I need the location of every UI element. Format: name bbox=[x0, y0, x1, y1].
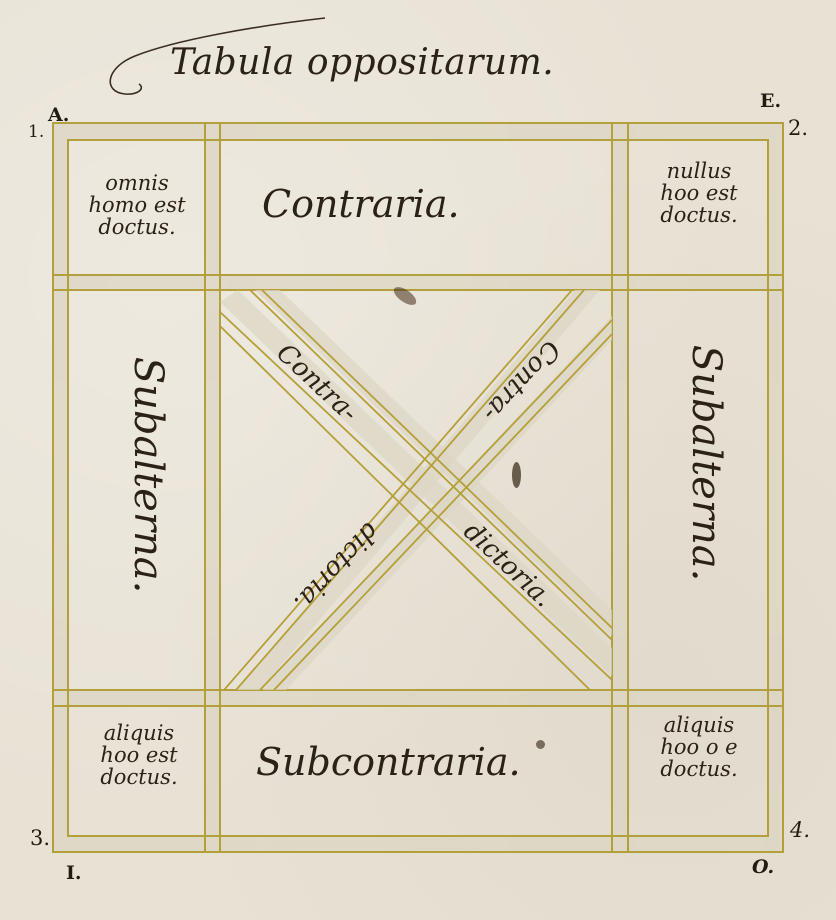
proposition-i-line-1: aliquis bbox=[72, 722, 206, 744]
proposition-e: nullus hoo est doctus. bbox=[632, 160, 766, 226]
proposition-e-line-3: doctus. bbox=[632, 204, 766, 226]
ink-blot bbox=[512, 462, 521, 488]
proposition-o-line-1: aliquis bbox=[632, 714, 766, 736]
relation-contraria: Contraria. bbox=[262, 182, 460, 226]
proposition-a-line-3: doctus. bbox=[72, 216, 202, 238]
proposition-i: aliquis hoo est doctus. bbox=[72, 722, 206, 788]
proposition-i-line-3: doctus. bbox=[72, 766, 206, 788]
proposition-a-line-2: homo est bbox=[72, 194, 202, 216]
relation-subcontraria: Subcontraria. bbox=[256, 740, 521, 784]
proposition-a-line-1: omnis bbox=[72, 172, 202, 194]
ink-blot bbox=[536, 740, 545, 749]
proposition-i-line-2: hoo est bbox=[72, 744, 206, 766]
proposition-o-line-2: hoo o e bbox=[632, 736, 766, 758]
relation-subalterna-right: Subalterna. bbox=[683, 343, 729, 583]
proposition-o: aliquis hoo o e doctus. bbox=[632, 714, 766, 780]
proposition-a: omnis homo est doctus. bbox=[72, 172, 202, 238]
proposition-e-line-1: nullus bbox=[632, 160, 766, 182]
proposition-o-line-3: doctus. bbox=[632, 758, 766, 780]
relation-subalterna-left: Subalterna. bbox=[125, 355, 171, 595]
proposition-e-line-2: hoo est bbox=[632, 182, 766, 204]
